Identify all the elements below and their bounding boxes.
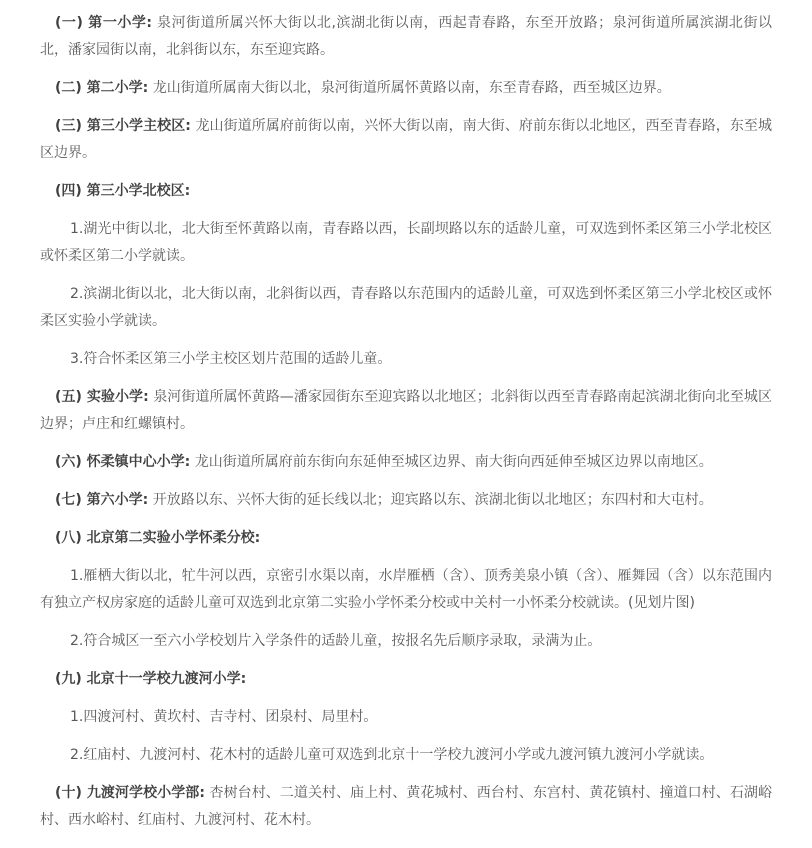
- item-text: 3.符合怀柔区第三小学主校区划片范围的适龄儿童。: [70, 351, 391, 367]
- district-item: (六) 怀柔镇中心小学: 龙山街道所属府前东街向东延伸至城区边界、南大街向西延伸…: [40, 449, 772, 476]
- district-item: (九) 北京十一学校九渡河小学:: [40, 666, 772, 693]
- item-text: 2.红庙村、九渡河村、花木村的适龄儿童可双选到北京十一学校九渡河小学或九渡河镇九…: [70, 747, 713, 763]
- item-text: 开放路以东、兴怀大街的延长线以北；迎宾路以东、滨湖北街以北地区；东四村和大屯村。: [153, 492, 713, 508]
- item-text: 龙山街道所属府前东街向东延伸至城区边界、南大街向西延伸至城区边界以南地区。: [195, 454, 713, 470]
- district-item: (一) 第一小学: 泉河街道所属兴怀大街以北,滨湖北街以南，西起青春路，东至开放…: [40, 10, 772, 64]
- district-sub-item: 3.符合怀柔区第三小学主校区划片范围的适龄儿童。: [40, 346, 772, 373]
- district-sub-item: 2.滨湖北街以北，北大街以南，北斜街以西，青春路以东范围内的适龄儿童，可双选到怀…: [40, 281, 772, 335]
- district-item: (二) 第二小学: 龙山街道所属南大街以北，泉河街道所属怀黄路以南，东至青春路，…: [40, 75, 772, 102]
- item-text: 1.四渡河村、黄坎村、吉寺村、团泉村、局里村。: [70, 709, 377, 725]
- document-page: (一) 第一小学: 泉河街道所属兴怀大街以北,滨湖北街以南，西起青春路，东至开放…: [0, 0, 812, 848]
- item-label: (一) 第一小学:: [55, 15, 152, 31]
- item-text: 2.符合城区一至六小学校划片入学条件的适龄儿童，按报名先后顺序录取，录满为止。: [70, 633, 601, 649]
- item-label: (三) 第三小学主校区:: [55, 118, 191, 134]
- district-sub-item: 1.雁栖大街以北，牤牛河以西，京密引水渠以南，水岸雁栖（含）、顶秀美泉小镇（含）…: [40, 563, 772, 617]
- school-district-list: (一) 第一小学: 泉河街道所属兴怀大街以北,滨湖北街以南，西起青春路，东至开放…: [40, 10, 772, 834]
- district-item: (七) 第六小学: 开放路以东、兴怀大街的延长线以北；迎宾路以东、滨湖北街以北地…: [40, 487, 772, 514]
- item-label: (六) 怀柔镇中心小学:: [55, 454, 190, 470]
- item-text: 2.滨湖北街以北，北大街以南，北斜街以西，青春路以东范围内的适龄儿童，可双选到怀…: [40, 286, 772, 329]
- district-item: (八) 北京第二实验小学怀柔分校:: [40, 525, 772, 552]
- district-item: (十) 九渡河学校小学部: 杏树台村、二道关村、庙上村、黄花城村、西台村、东宫村…: [40, 780, 772, 834]
- item-label: (八) 北京第二实验小学怀柔分校:: [55, 530, 260, 546]
- district-item: (五) 实验小学: 泉河街道所属怀黄路—潘家园街东至迎宾路以北地区；北斜街以西至…: [40, 384, 772, 438]
- item-text: 泉河街道所属怀黄路—潘家园街东至迎宾路以北地区；北斜街以西至青春路南起滨湖北街向…: [40, 389, 772, 432]
- item-label: (十) 九渡河学校小学部:: [55, 785, 205, 801]
- district-sub-item: 1.四渡河村、黄坎村、吉寺村、团泉村、局里村。: [40, 704, 772, 731]
- district-sub-item: 1.湖光中街以北，北大街至怀黄路以南，青春路以西，长副坝路以东的适龄儿童，可双选…: [40, 216, 772, 270]
- district-sub-item: 2.红庙村、九渡河村、花木村的适龄儿童可双选到北京十一学校九渡河小学或九渡河镇九…: [40, 742, 772, 769]
- item-label: (五) 实验小学:: [55, 389, 149, 405]
- item-label: (九) 北京十一学校九渡河小学:: [55, 671, 246, 687]
- item-text: 1.湖光中街以北，北大街至怀黄路以南，青春路以西，长副坝路以东的适龄儿童，可双选…: [40, 221, 772, 264]
- item-text: 龙山街道所属南大街以北，泉河街道所属怀黄路以南，东至青春路，西至城区边界。: [153, 80, 671, 96]
- item-text: 1.雁栖大街以北，牤牛河以西，京密引水渠以南，水岸雁栖（含）、顶秀美泉小镇（含）…: [40, 568, 772, 611]
- item-label: (七) 第六小学:: [55, 492, 148, 508]
- district-sub-item: 2.符合城区一至六小学校划片入学条件的适龄儿童，按报名先后顺序录取，录满为止。: [40, 628, 772, 655]
- item-label: (四) 第三小学北校区:: [55, 183, 190, 199]
- district-item: (四) 第三小学北校区:: [40, 178, 772, 205]
- item-label: (二) 第二小学:: [55, 80, 148, 96]
- district-item: (三) 第三小学主校区: 龙山街道所属府前街以南，兴怀大街以南，南大街、府前东街…: [40, 113, 772, 167]
